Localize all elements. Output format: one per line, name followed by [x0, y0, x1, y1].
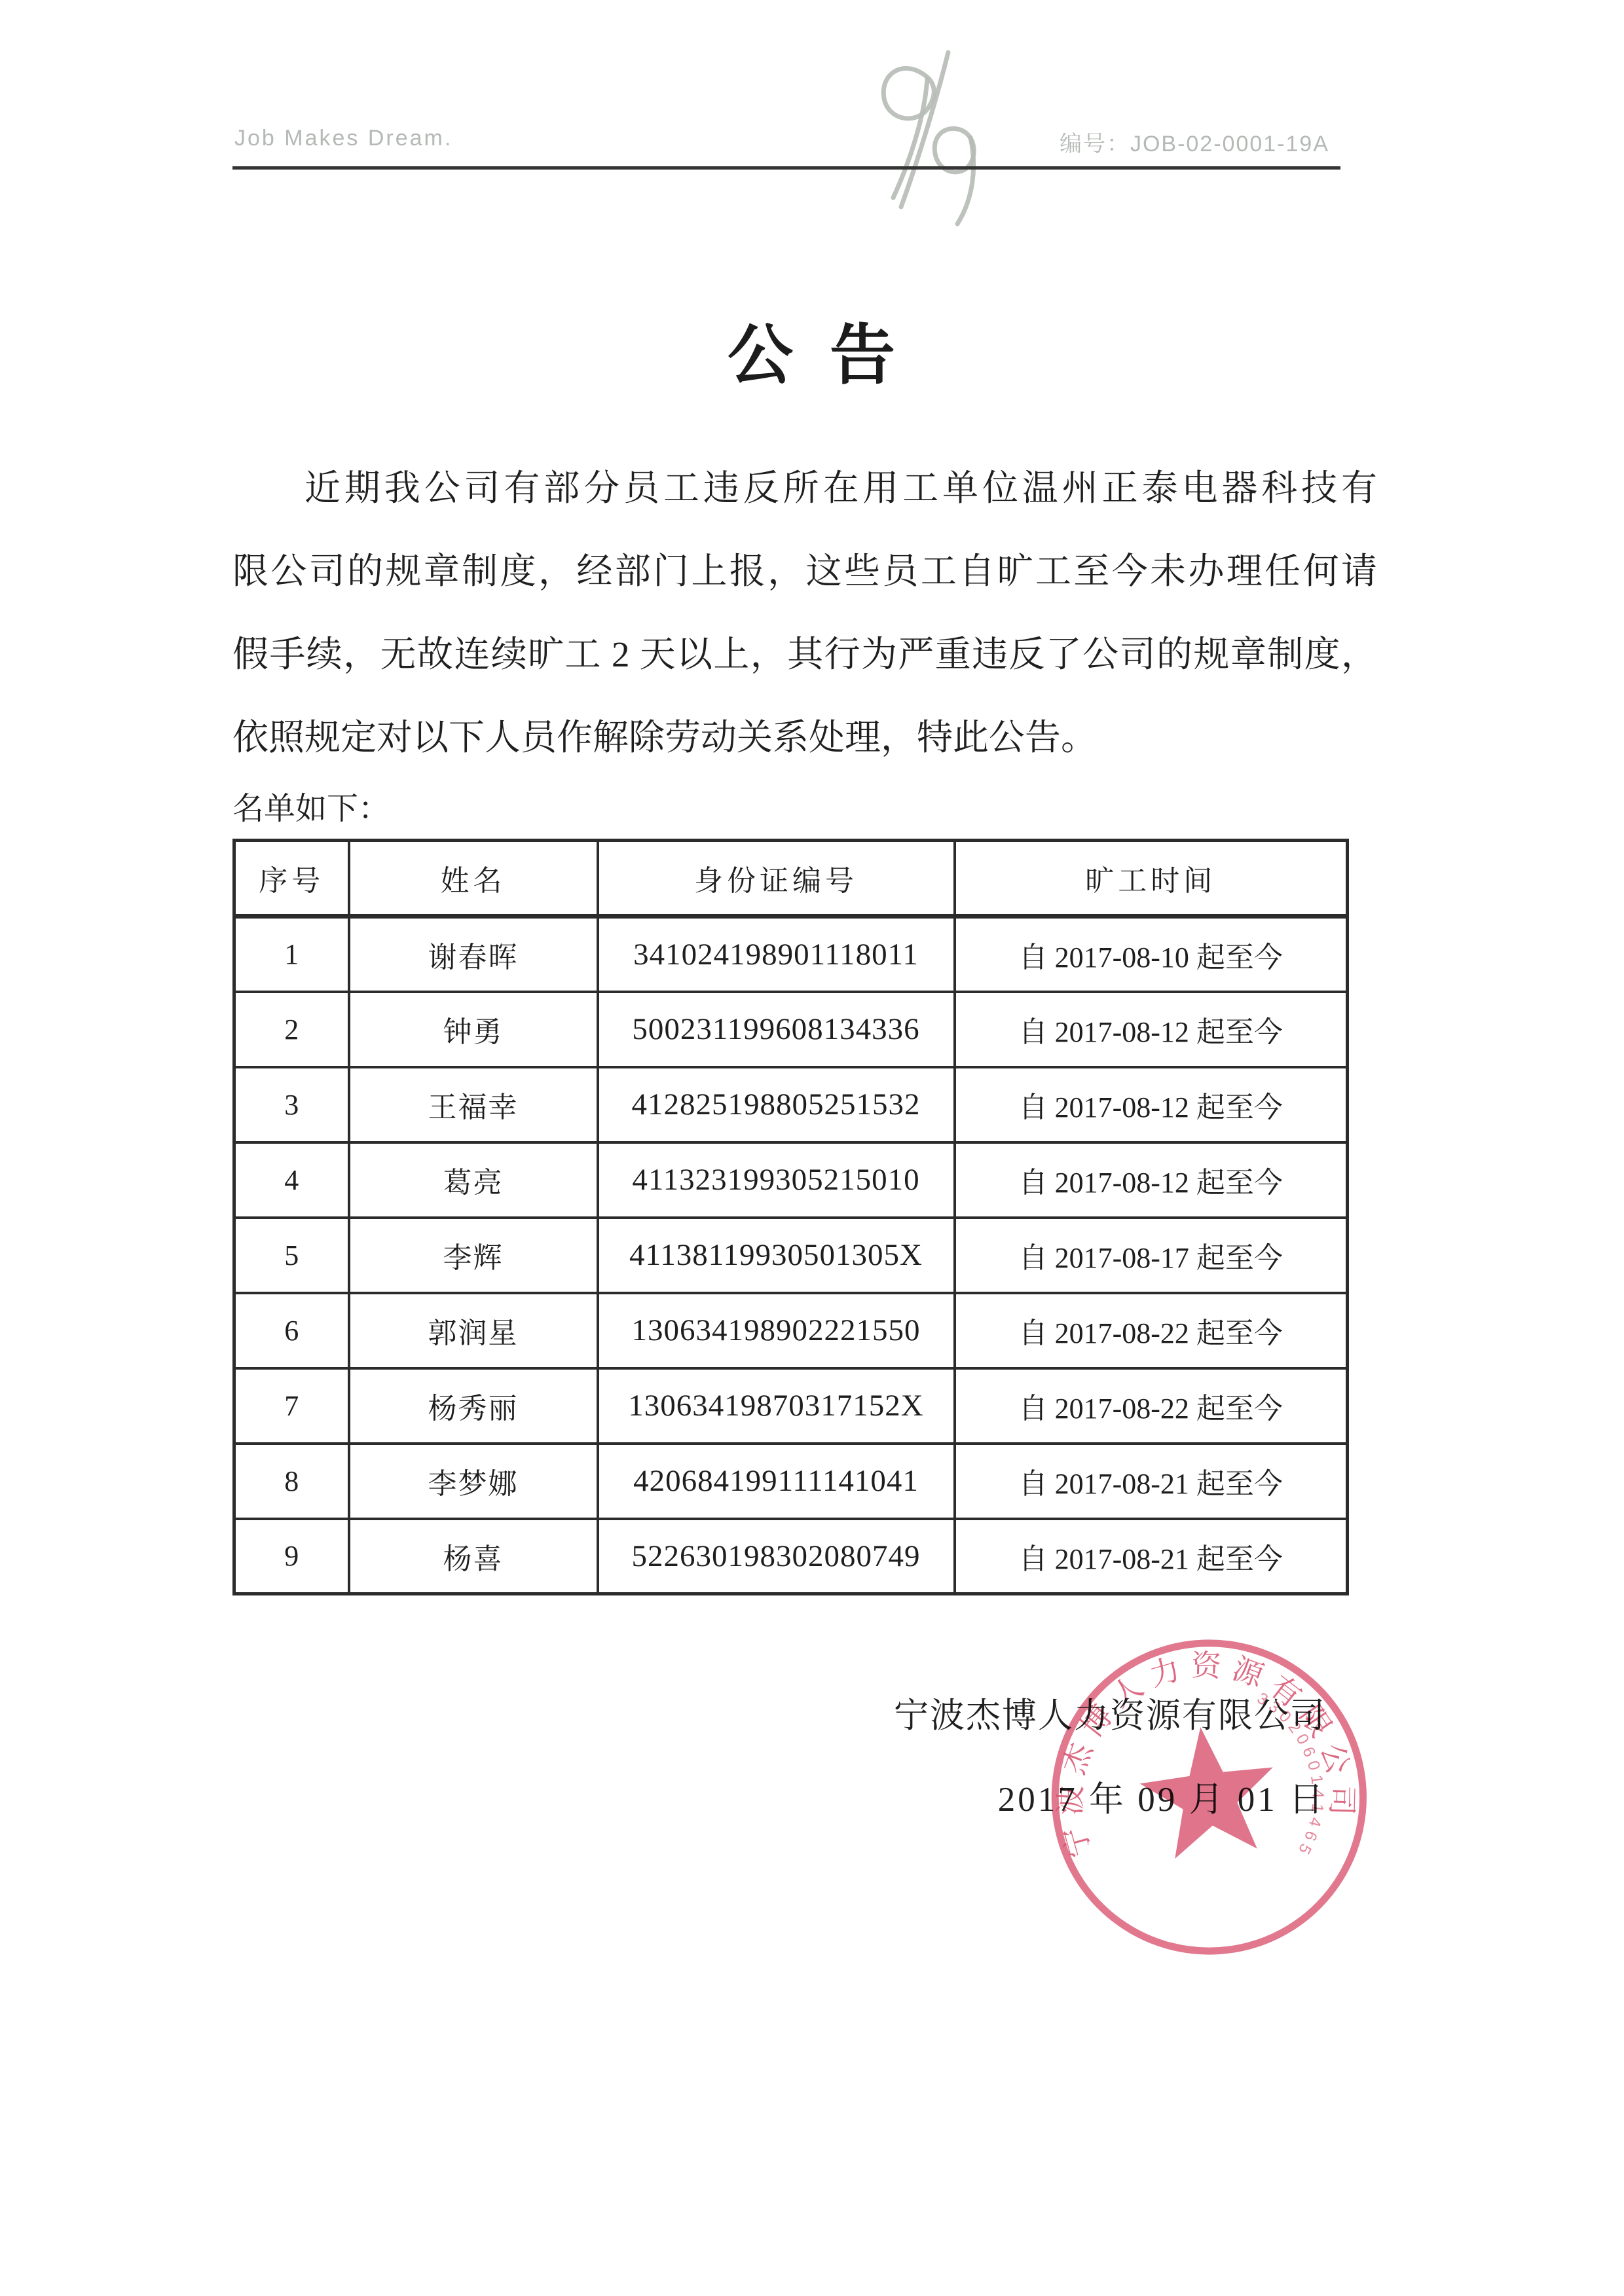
cell-seq: 2	[234, 992, 349, 1067]
body-line: 依照规定对以下人员作解除劳动关系处理，特此公告。	[232, 696, 1377, 779]
cell-name: 杨秀丽	[349, 1368, 598, 1444]
cell-name: 谢春晖	[349, 917, 598, 992]
cell-date: 自 2017-08-22 起至今	[955, 1293, 1348, 1368]
cell-date: 自 2017-08-12 起至今	[955, 992, 1348, 1067]
cell-seq: 6	[234, 1293, 349, 1368]
cell-id: 341024198901118011	[598, 917, 955, 992]
table-header: 序号 姓名 身份证编号 旷工时间	[234, 841, 1348, 917]
col-header-id: 身份证编号	[598, 841, 955, 917]
cell-name: 郭润星	[349, 1293, 598, 1368]
table-row: 9杨喜522630198302080749自 2017-08-21 起至今	[234, 1519, 1348, 1594]
cell-seq: 1	[234, 917, 349, 992]
document-number: 编号：JOB-02-0001-19A	[1060, 126, 1329, 158]
cell-date: 自 2017-08-21 起至今	[955, 1519, 1348, 1594]
cell-id: 412825198805251532	[598, 1067, 955, 1142]
cell-id: 420684199111141041	[598, 1444, 955, 1519]
table-row: 2钟勇500231199608134336自 2017-08-12 起至今	[234, 992, 1348, 1067]
body-line: 假手续，无故连续旷工 2 天以上，其行为严重违反了公司的规章制度，	[232, 613, 1377, 696]
cell-name: 李辉	[349, 1218, 598, 1293]
cell-id: 522630198302080749	[598, 1519, 955, 1594]
notice-document: Job Makes Dream. 编号：JOB-02-0001-19A 公 告 …	[0, 0, 1624, 2296]
cell-date: 自 2017-08-12 起至今	[955, 1142, 1348, 1218]
pencil-mark-9-9	[862, 33, 986, 229]
letterhead-rule	[232, 166, 1340, 170]
seal-star	[1134, 1719, 1283, 1862]
cell-name: 葛亮	[349, 1142, 598, 1218]
cell-name: 钟勇	[349, 992, 598, 1067]
table-row: 1谢春晖341024198901118011自 2017-08-10 起至今	[234, 917, 1348, 992]
cell-seq: 4	[234, 1142, 349, 1218]
cell-date: 自 2017-08-10 起至今	[955, 917, 1348, 992]
cell-id: 41138119930501305X	[598, 1218, 955, 1293]
cell-date: 自 2017-08-22 起至今	[955, 1368, 1348, 1444]
cell-date: 自 2017-08-12 起至今	[955, 1067, 1348, 1142]
table-row: 4葛亮411323199305215010自 2017-08-12 起至今	[234, 1142, 1348, 1218]
col-header-date: 旷工时间	[955, 841, 1348, 917]
col-header-name: 姓名	[349, 841, 598, 917]
table-row: 5李辉41138119930501305X自 2017-08-17 起至今	[234, 1218, 1348, 1293]
col-header-seq: 序号	[234, 841, 349, 917]
cell-seq: 5	[234, 1218, 349, 1293]
cell-name: 王福幸	[349, 1067, 598, 1142]
letterhead-slogan: Job Makes Dream.	[234, 126, 452, 151]
notice-body: 近期我公司有部分员工违反所在用工单位温州正泰电器科技有 限公司的规章制度，经部门…	[232, 446, 1377, 779]
cell-seq: 3	[234, 1067, 349, 1142]
table-row: 8李梦娜420684199111141041自 2017-08-21 起至今	[234, 1444, 1348, 1519]
cell-seq: 9	[234, 1519, 349, 1594]
body-line: 近期我公司有部分员工违反所在用工单位温州正泰电器科技有	[232, 446, 1377, 530]
dismissal-table: 序号 姓名 身份证编号 旷工时间 1谢春晖341024198901118011自…	[232, 839, 1349, 1595]
table-row: 6郭润星130634198902221550自 2017-08-22 起至今	[234, 1293, 1348, 1368]
cell-seq: 7	[234, 1368, 349, 1444]
page-title: 公 告	[0, 302, 1624, 397]
table-row: 3王福幸412825198805251532自 2017-08-12 起至今	[234, 1067, 1348, 1142]
cell-name: 杨喜	[349, 1519, 598, 1594]
cell-id: 411323199305215010	[598, 1142, 955, 1218]
cell-id: 13063419870317152X	[598, 1368, 955, 1444]
company-seal-stamp: 宁波杰博人力资源有限公司 3302060141465	[1016, 1603, 1401, 1988]
cell-name: 李梦娜	[349, 1444, 598, 1519]
cell-date: 自 2017-08-21 起至今	[955, 1444, 1348, 1519]
cell-id: 130634198902221550	[598, 1293, 955, 1368]
table-row: 7杨秀丽13063419870317152X自 2017-08-22 起至今	[234, 1368, 1348, 1444]
list-label: 名单如下：	[232, 783, 390, 828]
body-line: 限公司的规章制度，经部门上报，这些员工自旷工至今未办理任何请	[232, 530, 1377, 613]
cell-id: 500231199608134336	[598, 992, 955, 1067]
notice-table-body: 1谢春晖341024198901118011自 2017-08-10 起至今2钟…	[234, 917, 1348, 1594]
cell-seq: 8	[234, 1444, 349, 1519]
cell-date: 自 2017-08-17 起至今	[955, 1218, 1348, 1293]
